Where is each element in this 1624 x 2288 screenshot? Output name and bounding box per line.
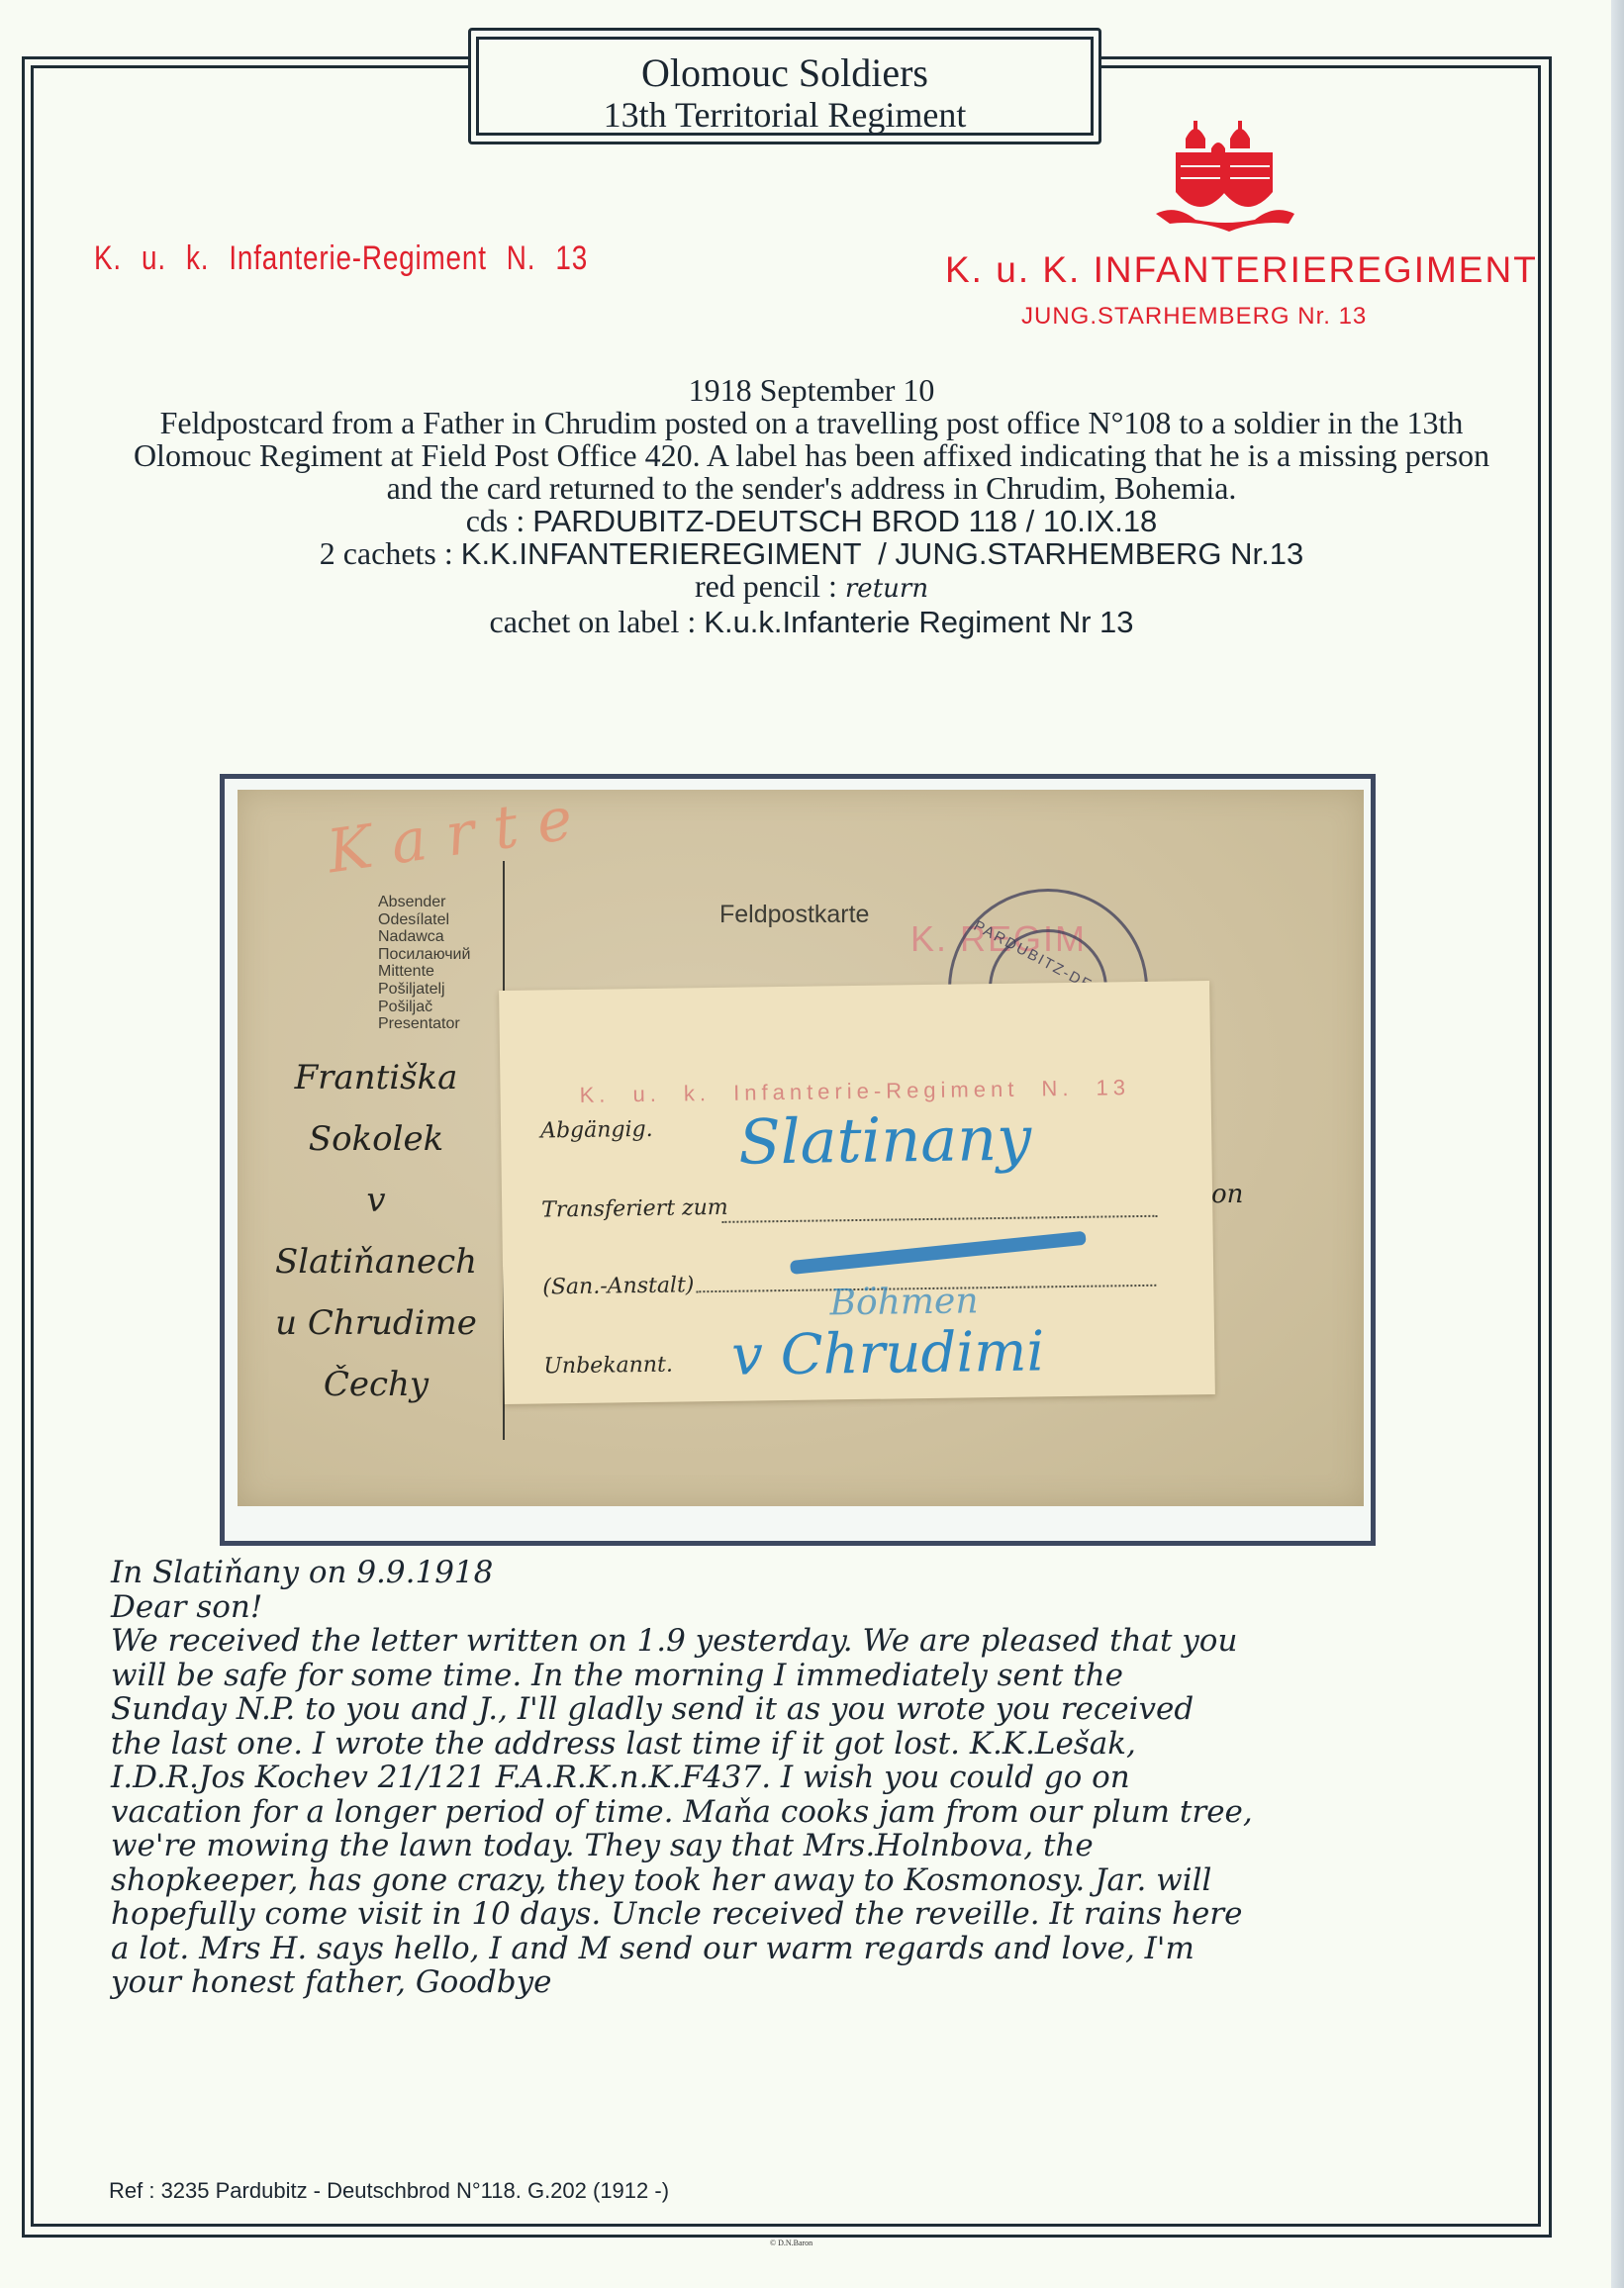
description-cachets: 2 cachets : K.K.INFANTERIEREGIMENT / JUN… (109, 537, 1514, 570)
title-box: Olomouc Soldiers 13th Territorial Regime… (468, 28, 1101, 144)
copyright: © D.N.Baron (770, 2239, 812, 2247)
field-unbekannt: Unbekannt. (543, 1353, 673, 1380)
regiment-cachet-left: K. u. k. Infanterie-Regiment N. 13 (94, 239, 588, 278)
field-abgangig: Abgängig. (540, 1117, 653, 1144)
cachets-value: K.K.INFANTERIEREGIMENT / JUNG.STARHEMBER… (461, 536, 1304, 571)
red-pencil-value: return (845, 574, 928, 604)
address-handwriting: Františka Sokolek v Slatiňanech u Chrudi… (267, 1047, 485, 1415)
missing-person-label: K. u. k. Infanterie-Regiment N. 13 Abgän… (499, 981, 1215, 1404)
address-suffix: on (1211, 1180, 1243, 1209)
card-title: Feldpostkarte (719, 901, 869, 929)
cds-label: cds : (466, 503, 533, 538)
dotted-line (721, 1215, 1157, 1223)
field-transferiert: Transferiert zum (541, 1195, 728, 1223)
label-cachet-value: K.u.k.Infanterie Regiment Nr 13 (704, 605, 1133, 639)
description-cds: cds : PARDUBITZ-DEUTSCH BROD 118 / 10.IX… (109, 505, 1514, 537)
postcard-image: Karte Absender Odesílatel Nadawca Посила… (238, 790, 1364, 1506)
red-pencil-label: red pencil : (695, 568, 845, 604)
handwriting-bohmen: Böhmen (829, 1281, 979, 1323)
page-scan-edge (1611, 0, 1624, 2288)
coat-of-arms-icon (1146, 119, 1304, 238)
sender-labels: Absender Odesílatel Nadawca Посилаючий M… (378, 894, 470, 1033)
cds-value: PARDUBITZ-DEUTSCH BROD 118 / 10.IX.18 (532, 504, 1157, 538)
label-cachet: K. u. k. Infanterie-Regiment N. 13 (579, 1075, 1130, 1108)
regiment-cachet-right-line1: K. u. K. INFANTERIEREGIMENT (945, 249, 1538, 291)
description-red-pencil: red pencil : return (109, 570, 1514, 606)
page-title: Olomouc Soldiers (479, 51, 1091, 95)
letter-translation: In Slatiňany on 9.9.1918 Dear son! We re… (111, 1556, 1496, 2000)
handwriting-chrudimi: v Chrudimi (731, 1319, 1045, 1387)
description-block: 1918 September 10 Feldpostcard from a Fa… (109, 374, 1514, 638)
field-san-anstalt: (San.-Anstalt) (542, 1273, 694, 1299)
regiment-cachet-right-line2: JUNG.STARHEMBERG Nr. 13 (1021, 303, 1367, 331)
description-label-cachet: cachet on label : K.u.k.Infanterie Regim… (109, 606, 1514, 638)
description-date: 1918 September 10 (109, 374, 1514, 407)
page-subtitle: 13th Territorial Regiment (479, 95, 1091, 135)
blue-strikethrough (790, 1231, 1087, 1275)
red-pencil-mark: Karte (323, 782, 596, 888)
handwriting-slatinany: Slatinany (738, 1102, 1032, 1179)
description-body: Feldpostcard from a Father in Chrudim po… (109, 407, 1514, 505)
cachets-label: 2 cachets : (320, 535, 461, 571)
label-cachet-label: cachet on label : (490, 604, 705, 639)
reference-note: Ref : 3235 Pardubitz - Deutschbrod N°118… (109, 2178, 669, 2204)
